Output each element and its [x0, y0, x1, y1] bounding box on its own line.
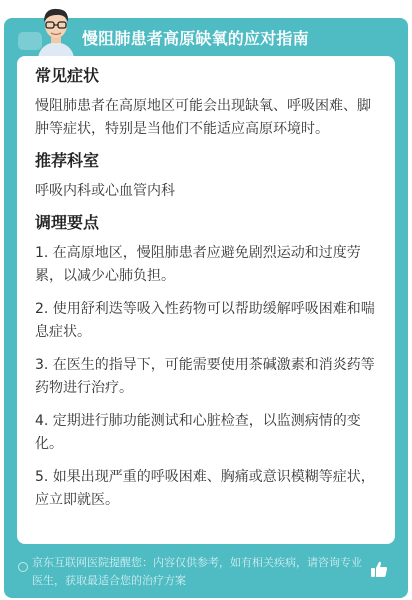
- list-item: 1. 在高原地区，慢阻肺患者应避免剧烈运动和过度劳累，以减少心肺负担。: [35, 242, 379, 288]
- guide-card: 慢阻肺患者高原缺氧的应对指南 常见症状 慢阻肺患者在高原地区可能会出现缺氧、呼吸…: [4, 18, 408, 598]
- section-text: 慢阻肺患者在高原地区可能会出现缺氧、呼吸困难、脚肿等症状，特别是当他们不能适应高…: [35, 95, 379, 141]
- page-title: 慢阻肺患者高原缺氧的应对指南: [82, 26, 309, 49]
- info-icon: [18, 562, 28, 572]
- section-symptoms: 常见症状 慢阻肺患者在高原地区可能会出现缺氧、呼吸困难、脚肿等症状，特别是当他们…: [35, 64, 379, 141]
- section-text: 呼吸内科或心血管内科: [35, 180, 379, 203]
- section-title: 常见症状: [35, 64, 379, 88]
- section-title: 调理要点: [35, 211, 379, 235]
- list-item: 4. 定期进行肺功能测试和心脏检查，以监测病情的变化。: [35, 410, 379, 456]
- content-panel: 常见症状 慢阻肺患者在高原地区可能会出现缺氧、呼吸困难、脚肿等症状，特别是当他们…: [17, 56, 395, 544]
- card-header: 慢阻肺患者高原缺氧的应对指南: [4, 18, 408, 56]
- list-item: 3. 在医生的指导下，可能需要使用茶碱激素和消炎药等药物进行治疗。: [35, 354, 379, 400]
- section-care: 调理要点 1. 在高原地区，慢阻肺患者应避免剧烈运动和过度劳累，以减少心肺负担。…: [35, 211, 379, 512]
- section-title: 推荐科室: [35, 149, 379, 173]
- list-item: 5. 如果出现严重的呼吸困难、胸痛或意识模糊等症状，应立即就医。: [35, 466, 379, 512]
- thumbs-up-icon[interactable]: [370, 560, 388, 578]
- section-department: 推荐科室 呼吸内科或心血管内科: [35, 149, 379, 203]
- footer: 京东互联网医院提醒您：内容仅供参考，如有相关疾病，请咨询专业医生，获取最适合您的…: [4, 548, 408, 596]
- list-item: 2. 使用舒利迭等吸入性药物可以帮助缓解呼吸困难和喘息症状。: [35, 298, 379, 344]
- disclaimer-text: 京东互联网医院提醒您：内容仅供参考，如有相关疾病，请咨询专业医生，获取最适合您的…: [32, 554, 372, 590]
- doctor-avatar-icon: [32, 4, 80, 58]
